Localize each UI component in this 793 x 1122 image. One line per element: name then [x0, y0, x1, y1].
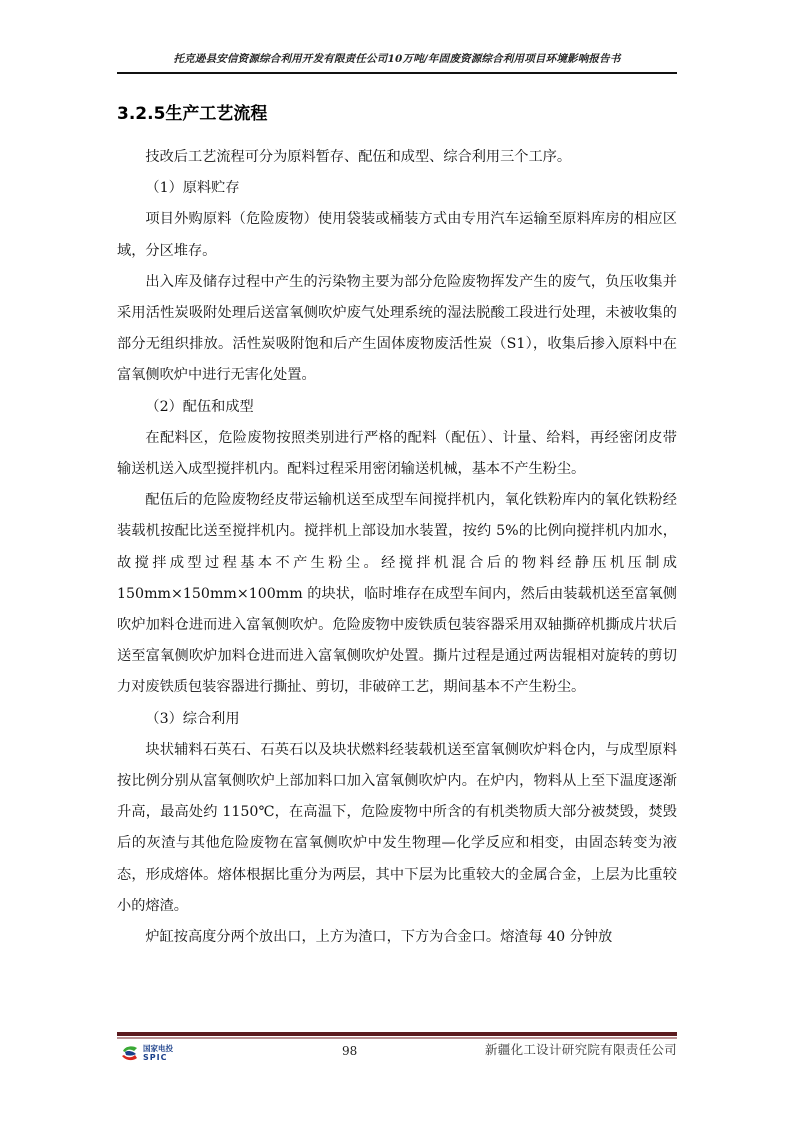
page-number: 98	[342, 1043, 357, 1059]
footer-company: 新疆化工设计研究院有限责任公司	[485, 1042, 677, 1058]
page-footer: 国家电投 SPIC 98 新疆化工设计研究院有限责任公司	[117, 1032, 677, 1072]
paragraph-storage-emissions: 出入库及储存过程中产生的污染物主要为部分危险废物挥发产生的废气，负压收集并采用活…	[117, 267, 677, 392]
page-content: 3.2.5生产工艺流程 技改后工艺流程可分为原料暂存、配伍和成型、综合利用三个工…	[117, 100, 677, 953]
section-heading: 3.2.5生产工艺流程	[117, 100, 677, 128]
subheading-comprehensive-utilization: （3）综合利用	[117, 704, 677, 735]
page-header: 托克逊县安信资源综合利用开发有限责任公司10万吨/年固废资源综合利用项目环境影响…	[117, 52, 677, 78]
header-title: 托克逊县安信资源综合利用开发有限责任公司10万吨/年固废资源综合利用项目环境影响…	[117, 52, 677, 66]
footer-rule-thin	[117, 1037, 677, 1039]
paragraph-tapping: 炉缸按高度分两个放出口，上方为渣口，下方为合金口。熔渣每 40 分钟放	[117, 922, 677, 953]
footer-rule	[117, 1032, 677, 1036]
paragraph-raw-material-transport: 项目外购原料（危险废物）使用袋装或桶装方式由专用汽车运输至原料库房的相应区域，分…	[117, 204, 677, 266]
subheading-blending-forming: （2）配伍和成型	[117, 392, 677, 423]
spic-logo: 国家电投 SPIC	[121, 1043, 201, 1065]
paragraph-forming-process: 配伍后的危险废物经皮带运输机送至成型车间搅拌机内，氧化铁粉库内的氧化铁粉经装载机…	[117, 485, 677, 703]
paragraph-furnace-process: 块状辅料石英石、石英石以及块状燃料经装载机送至富氧侧吹炉料仓内，与成型原料按比例…	[117, 735, 677, 922]
logo-text-cn: 国家电投	[143, 1044, 173, 1053]
logo-text-en: SPIC	[143, 1053, 167, 1063]
spic-logo-icon	[121, 1045, 139, 1062]
paragraph-blending-area: 在配料区，危险废物按照类别进行严格的配料（配伍）、计量、给料，再经密闭皮带输送机…	[117, 423, 677, 485]
subheading-raw-material-storage: （1）原料贮存	[117, 173, 677, 204]
paragraph-intro: 技改后工艺流程可分为原料暂存、配伍和成型、综合利用三个工序。	[117, 142, 677, 173]
header-rule	[117, 72, 677, 74]
